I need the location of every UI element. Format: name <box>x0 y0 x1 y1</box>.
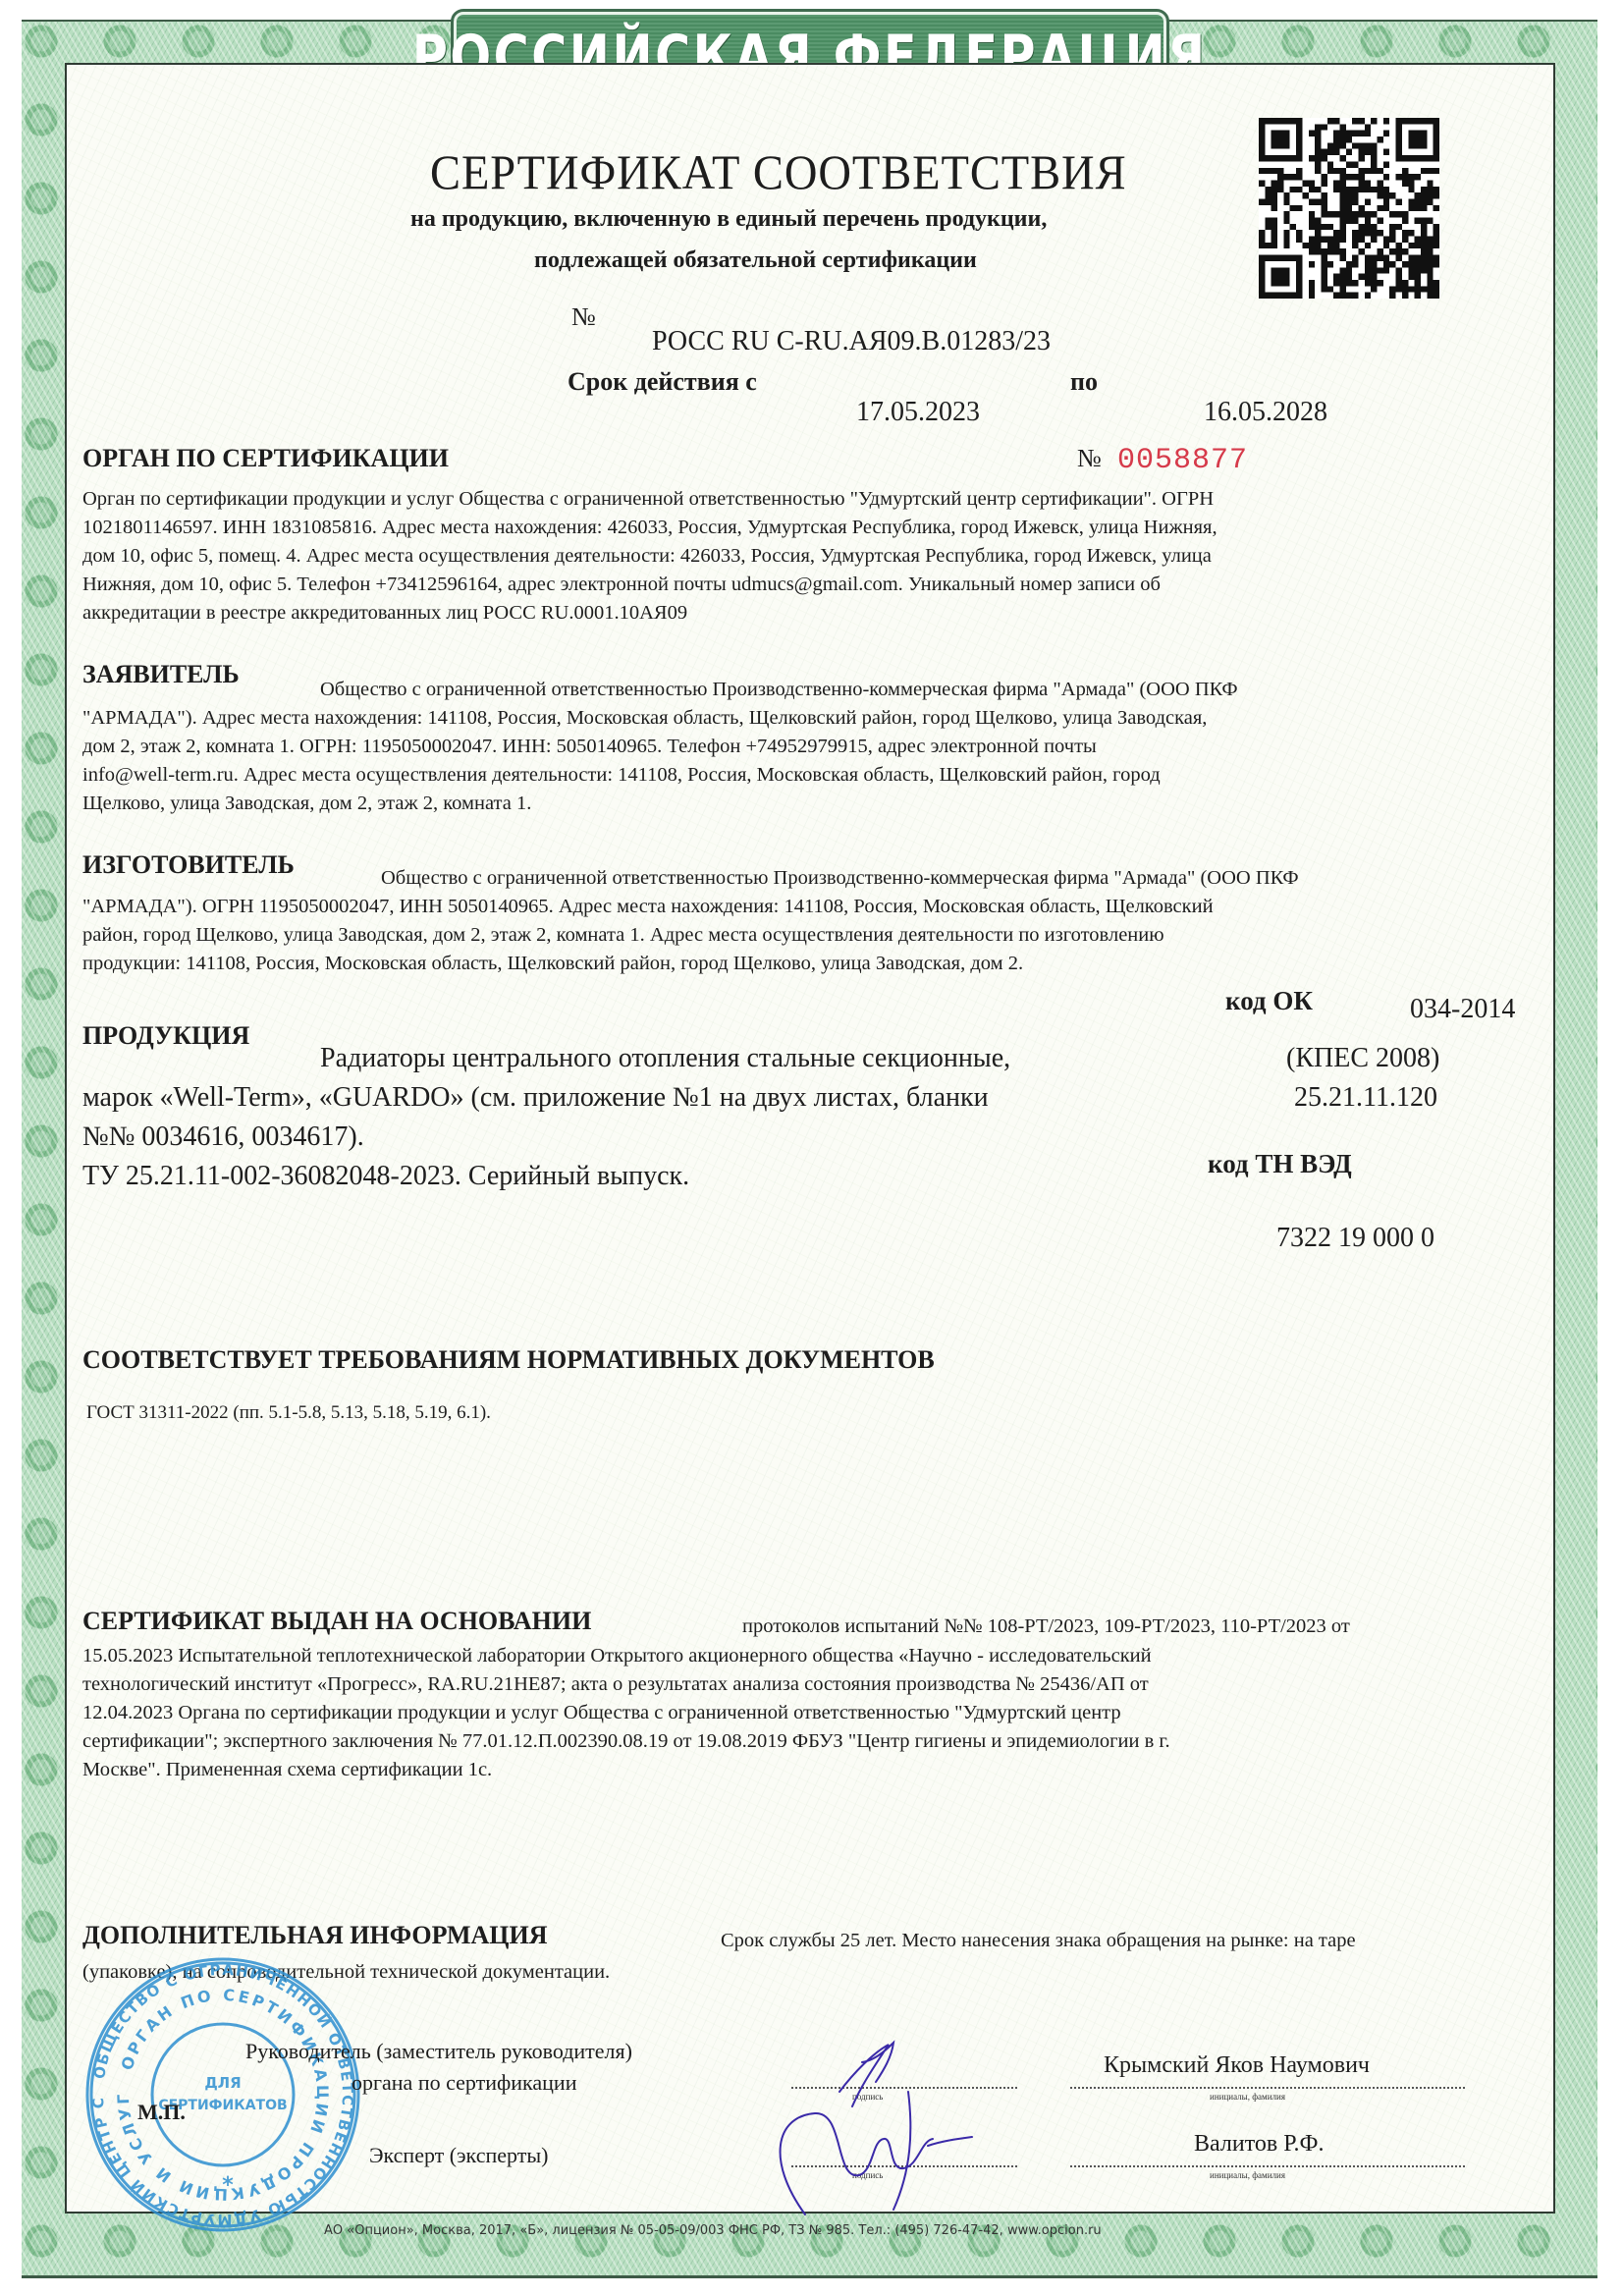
text-line: "АРМАДА"). ОГРН 1195050002047, ИНН 50501… <box>82 893 1536 921</box>
document-subtitle-line2: подлежащей обязательной сертификации <box>534 247 977 274</box>
basis-first-line: протоколов испытаний №№ 108-РТ/2023, 109… <box>742 1613 1350 1641</box>
head-label-line1: Руководитель (заместитель руководителя) <box>245 2039 632 2064</box>
validity-to-label: по <box>1070 367 1098 397</box>
valid-to-date: 16.05.2028 <box>1204 397 1327 428</box>
applicant-text: Общество с ограниченной ответственностью… <box>82 676 1536 818</box>
blank-serial-number: 0058877 <box>1117 444 1248 477</box>
document-subtitle-line1: на продукцию, включенную в единый перече… <box>410 206 1047 233</box>
text-line: район, город Щелково, улица Заводская, д… <box>82 921 1536 950</box>
svg-text:ДЛЯ: ДЛЯ <box>204 2074 241 2092</box>
text-line: аккредитации в реестре аккредитованных л… <box>82 599 1536 628</box>
tnved-label: код ТН ВЭД <box>1208 1149 1352 1179</box>
text-line: 12.04.2023 Органа по сертификации продук… <box>82 1699 1536 1727</box>
stamp-place-label: М.П. <box>137 2100 186 2125</box>
signature-scribble-icon <box>746 2023 1100 2219</box>
text-line: Общество с ограниченной ответственностью… <box>82 864 1536 893</box>
text-line: Нижняя, дом 10, офис 5. Телефон +7341259… <box>82 571 1536 599</box>
head-name-line <box>1070 2087 1465 2089</box>
certificate-number-sign: № <box>571 302 596 332</box>
text-line: Орган по сертификации продукции и услуг … <box>82 485 1536 514</box>
product-line-3: №№ 0034616, 0034617). <box>82 1118 364 1157</box>
text-line: Москве". Примененная схема сертификации … <box>82 1756 1536 1784</box>
basis-text: 15.05.2023 Испытательной теплотехническо… <box>82 1642 1536 1784</box>
head-label-line2: органа по сертификации <box>352 2070 576 2096</box>
product-line-2: марок «Well-Term», «GUARDO» (см. приложе… <box>82 1078 989 1118</box>
certificate-number: РОСС RU C-RU.АЯ09.В.01283/23 <box>652 326 1051 357</box>
expert-name-line <box>1070 2165 1465 2167</box>
seal-stamp-icon: ОБЩЕСТВО С ОГРАНИЧЕННОЙ ОТВЕТСТВЕННОСТЬЮ… <box>81 1952 365 2237</box>
ok-code-label: код ОК <box>1225 986 1313 1016</box>
document-title: СЕРТИФИКАТ СООТВЕТСТВИЯ <box>430 143 1127 200</box>
expert-label: Эксперт (эксперты) <box>369 2143 548 2168</box>
certification-body-text: Орган по сертификации продукции и услуг … <box>82 485 1536 628</box>
compliance-standard: ГОСТ 31311-2022 (пп. 5.1-5.8, 5.13, 5.18… <box>86 1398 491 1427</box>
additional-info-line-1: Срок службы 25 лет. Место нанесения знак… <box>721 1927 1356 1955</box>
text-line: дом 10, офис 5, помещ. 4. Адрес места ос… <box>82 542 1536 571</box>
product-line-4: ТУ 25.21.11-002-36082048-2023. Серийный … <box>82 1157 689 1196</box>
head-name: Крымский Яков Наумович <box>1104 2052 1370 2079</box>
text-line: сертификации"; экспертного заключения № … <box>82 1727 1536 1756</box>
compliance-heading: СООТВЕТСТВУЕТ ТРЕБОВАНИЯМ НОРМАТИВНЫХ ДО… <box>82 1345 935 1375</box>
text-line: дом 2, этаж 2, комната 1. ОГРН: 11950500… <box>82 733 1536 761</box>
expert-name: Валитов Р.Ф. <box>1194 2131 1325 2158</box>
name-caption: инициалы, фамилия <box>1210 2092 1285 2102</box>
blank-number-sign: № <box>1077 444 1102 473</box>
text-line: "АРМАДА"). Адрес места нахождения: 14110… <box>82 704 1536 733</box>
printer-imprint: АО «Опцион», Москва, 2017, «Б», лицензия… <box>324 2223 1102 2238</box>
text-line: info@well-term.ru. Адрес места осуществл… <box>82 761 1536 790</box>
name-caption: инициалы, фамилия <box>1210 2170 1285 2180</box>
ok-code-standard: 034-2014 <box>1410 994 1515 1025</box>
svg-text:*: * <box>222 2173 234 2198</box>
text-line: 15.05.2023 Испытательной теплотехническо… <box>82 1642 1536 1670</box>
ok-code-classifier: (КПЕС 2008) <box>1286 1043 1439 1074</box>
certification-body-heading: ОРГАН ПО СЕРТИФИКАЦИИ <box>82 444 449 473</box>
product-line-1: Радиаторы центрального отопления стальны… <box>320 1039 1010 1078</box>
tnved-value: 7322 19 000 0 <box>1276 1223 1434 1254</box>
text-line: Общество с ограниченной ответственностью… <box>82 676 1536 704</box>
text-line: Щелково, улица Заводская, дом 2, этаж 2,… <box>82 790 1536 818</box>
validity-label: Срок действия с <box>568 367 757 397</box>
product-heading: ПРОДУКЦИЯ <box>82 1021 249 1051</box>
text-line: 1021801146597. ИНН 1831085816. Адрес мес… <box>82 514 1536 542</box>
text-line: технологический институт «Прогресс», RA.… <box>82 1670 1536 1699</box>
basis-heading: СЕРТИФИКАТ ВЫДАН НА ОСНОВАНИИ <box>82 1607 591 1636</box>
qr-code-icon <box>1259 118 1439 299</box>
additional-info-heading: ДОПОЛНИТЕЛЬНАЯ ИНФОРМАЦИЯ <box>82 1921 548 1950</box>
text-line: продукции: 141108, Россия, Московская об… <box>82 950 1536 978</box>
ok-code-value: 25.21.11.120 <box>1294 1082 1437 1114</box>
valid-from-date: 17.05.2023 <box>856 397 980 428</box>
manufacturer-text: Общество с ограниченной ответственностью… <box>82 864 1536 978</box>
